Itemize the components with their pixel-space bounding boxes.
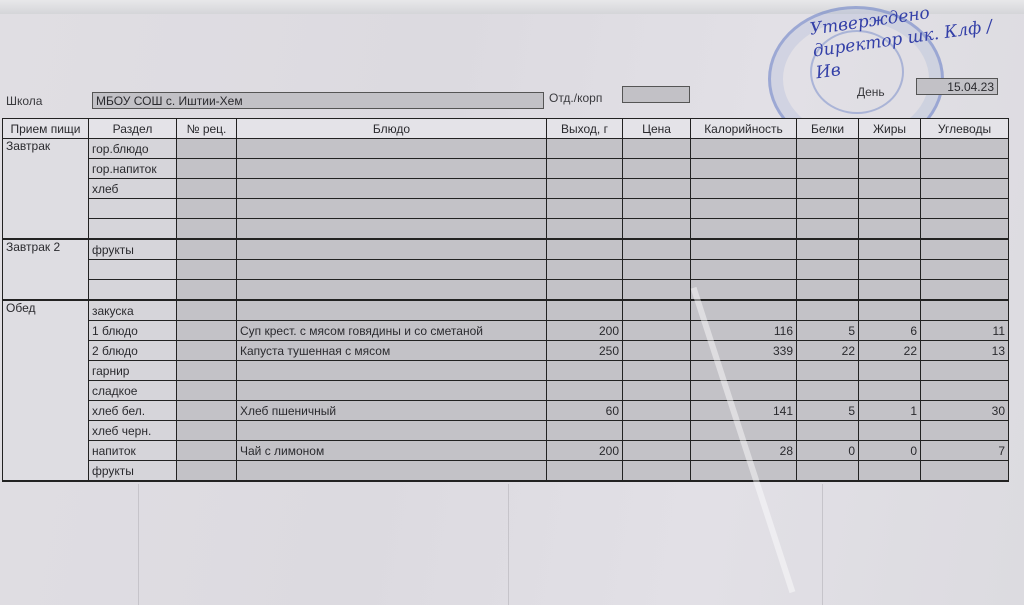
carbs-cell — [921, 260, 1009, 280]
section-cell: закуска — [89, 300, 177, 321]
carbs-cell — [921, 300, 1009, 321]
section-cell: гор.напиток — [89, 159, 177, 179]
fats-cell — [859, 461, 921, 482]
calories-cell: 339 — [691, 341, 797, 361]
dish-cell: Капуста тушенная с мясом — [237, 341, 547, 361]
table-row — [3, 280, 1009, 301]
section-cell: напиток — [89, 441, 177, 461]
price-cell — [623, 260, 691, 280]
table-row: сладкое — [3, 381, 1009, 401]
carbs-cell — [921, 421, 1009, 441]
carbs-cell — [921, 179, 1009, 199]
calories-cell — [691, 280, 797, 301]
output-cell — [547, 199, 623, 219]
table-row: 2 блюдоКапуста тушенная с мясом250339222… — [3, 341, 1009, 361]
dish-cell — [237, 461, 547, 482]
fats-cell — [859, 300, 921, 321]
calories-cell — [691, 239, 797, 260]
table-row: Обедзакуска — [3, 300, 1009, 321]
price-cell — [623, 401, 691, 421]
proteins-cell: 0 — [797, 441, 859, 461]
fats-cell: 1 — [859, 401, 921, 421]
price-cell — [623, 139, 691, 159]
carbs-cell: 11 — [921, 321, 1009, 341]
dish-cell — [237, 381, 547, 401]
school-field: МБОУ СОШ с. Иштии-Хем — [92, 92, 544, 109]
section-cell: 1 блюдо — [89, 321, 177, 341]
dish-cell: Суп крест. с мясом говядины и со сметано… — [237, 321, 547, 341]
proteins-cell — [797, 219, 859, 240]
school-label: Школа — [6, 94, 42, 108]
dish-cell: Хлеб пшеничный — [237, 401, 547, 421]
table-row: 1 блюдоСуп крест. с мясом говядины и со … — [3, 321, 1009, 341]
fats-cell — [859, 361, 921, 381]
proteins-cell: 22 — [797, 341, 859, 361]
proteins-cell — [797, 139, 859, 159]
output-cell — [547, 179, 623, 199]
dish-cell — [237, 199, 547, 219]
paper-fold-line — [138, 484, 139, 605]
proteins-cell — [797, 239, 859, 260]
output-cell — [547, 239, 623, 260]
output-cell — [547, 421, 623, 441]
calories-cell — [691, 179, 797, 199]
price-cell — [623, 219, 691, 240]
table-header-row: Прием пищиРаздел№ рец.БлюдоВыход, гЦенаК… — [3, 119, 1009, 139]
section-cell: хлеб — [89, 179, 177, 199]
fats-cell: 22 — [859, 341, 921, 361]
dish-cell — [237, 239, 547, 260]
price-cell — [623, 381, 691, 401]
fats-cell — [859, 421, 921, 441]
dish-cell — [237, 179, 547, 199]
output-cell — [547, 280, 623, 301]
output-cell: 200 — [547, 441, 623, 461]
carbs-cell: 7 — [921, 441, 1009, 461]
output-cell — [547, 381, 623, 401]
section-cell — [89, 199, 177, 219]
column-header: Цена — [623, 119, 691, 139]
table-row: Завтракгор.блюдо — [3, 139, 1009, 159]
recipe-cell — [177, 361, 237, 381]
proteins-cell — [797, 179, 859, 199]
dept-field — [622, 86, 690, 103]
table-row: фрукты — [3, 461, 1009, 482]
recipe-cell — [177, 421, 237, 441]
table-row: Завтрак 2фрукты — [3, 239, 1009, 260]
column-header: Раздел — [89, 119, 177, 139]
table-row: гарнир — [3, 361, 1009, 381]
fats-cell — [859, 239, 921, 260]
price-cell — [623, 300, 691, 321]
calories-cell — [691, 361, 797, 381]
section-cell: гор.блюдо — [89, 139, 177, 159]
section-cell — [89, 219, 177, 240]
section-cell: хлеб бел. — [89, 401, 177, 421]
output-cell — [547, 260, 623, 280]
output-cell — [547, 461, 623, 482]
proteins-cell: 5 — [797, 321, 859, 341]
proteins-cell — [797, 159, 859, 179]
table-row — [3, 260, 1009, 280]
recipe-cell — [177, 300, 237, 321]
recipe-cell — [177, 461, 237, 482]
table-row: гор.напиток — [3, 159, 1009, 179]
day-label: День — [857, 85, 885, 99]
meal-name-cell: Завтрак 2 — [3, 239, 89, 300]
proteins-cell — [797, 300, 859, 321]
recipe-cell — [177, 159, 237, 179]
dish-cell — [237, 260, 547, 280]
fats-cell — [859, 219, 921, 240]
table-row — [3, 199, 1009, 219]
calories-cell — [691, 139, 797, 159]
calories-cell — [691, 381, 797, 401]
proteins-cell — [797, 461, 859, 482]
proteins-cell — [797, 199, 859, 219]
meal-name-cell: Завтрак — [3, 139, 89, 240]
carbs-cell — [921, 280, 1009, 301]
price-cell — [623, 159, 691, 179]
calories-cell — [691, 219, 797, 240]
dish-cell — [237, 361, 547, 381]
output-cell — [547, 219, 623, 240]
carbs-cell — [921, 361, 1009, 381]
paper-fold-line — [822, 484, 823, 605]
menu-table-body: Завтракгор.блюдогор.напитокхлебЗавтрак 2… — [3, 139, 1009, 482]
price-cell — [623, 239, 691, 260]
fats-cell: 0 — [859, 441, 921, 461]
paper-fold-line — [508, 484, 509, 605]
day-field: 15.04.23 — [916, 78, 998, 95]
price-cell — [623, 321, 691, 341]
recipe-cell — [177, 139, 237, 159]
price-cell — [623, 341, 691, 361]
table-row: хлеб — [3, 179, 1009, 199]
recipe-cell — [177, 401, 237, 421]
carbs-cell — [921, 159, 1009, 179]
table-row: хлеб бел.Хлеб пшеничный601415130 — [3, 401, 1009, 421]
column-header: Прием пищи — [3, 119, 89, 139]
recipe-cell — [177, 199, 237, 219]
carbs-cell — [921, 239, 1009, 260]
menu-table: Прием пищиРаздел№ рец.БлюдоВыход, гЦенаК… — [2, 118, 1009, 482]
carbs-cell — [921, 199, 1009, 219]
recipe-cell — [177, 381, 237, 401]
fats-cell — [859, 199, 921, 219]
fats-cell: 6 — [859, 321, 921, 341]
column-header: Блюдо — [237, 119, 547, 139]
table-row — [3, 219, 1009, 240]
price-cell — [623, 441, 691, 461]
price-cell — [623, 421, 691, 441]
carbs-cell: 30 — [921, 401, 1009, 421]
fats-cell — [859, 260, 921, 280]
fats-cell — [859, 381, 921, 401]
recipe-cell — [177, 260, 237, 280]
output-cell — [547, 300, 623, 321]
price-cell — [623, 461, 691, 482]
column-header: № рец. — [177, 119, 237, 139]
output-cell — [547, 361, 623, 381]
fats-cell — [859, 139, 921, 159]
fats-cell — [859, 179, 921, 199]
section-cell: 2 блюдо — [89, 341, 177, 361]
column-header: Калорийность — [691, 119, 797, 139]
section-cell — [89, 260, 177, 280]
recipe-cell — [177, 239, 237, 260]
output-cell: 250 — [547, 341, 623, 361]
section-cell: сладкое — [89, 381, 177, 401]
dish-cell: Чай с лимоном — [237, 441, 547, 461]
output-cell — [547, 139, 623, 159]
carbs-cell — [921, 139, 1009, 159]
carbs-cell: 13 — [921, 341, 1009, 361]
recipe-cell — [177, 179, 237, 199]
dept-label: Отд./корп — [549, 91, 602, 105]
recipe-cell — [177, 219, 237, 240]
fats-cell — [859, 159, 921, 179]
dish-cell — [237, 159, 547, 179]
calories-cell — [691, 260, 797, 280]
output-cell: 200 — [547, 321, 623, 341]
output-cell: 60 — [547, 401, 623, 421]
price-cell — [623, 361, 691, 381]
carbs-cell — [921, 461, 1009, 482]
section-cell — [89, 280, 177, 301]
meal-name-cell: Обед — [3, 300, 89, 481]
recipe-cell — [177, 341, 237, 361]
calories-cell — [691, 461, 797, 482]
price-cell — [623, 199, 691, 219]
recipe-cell — [177, 441, 237, 461]
proteins-cell — [797, 361, 859, 381]
section-cell: фрукты — [89, 461, 177, 482]
carbs-cell — [921, 219, 1009, 240]
dish-cell — [237, 280, 547, 301]
table-row: напитокЧай с лимоном20028007 — [3, 441, 1009, 461]
fats-cell — [859, 280, 921, 301]
proteins-cell — [797, 280, 859, 301]
dish-cell — [237, 421, 547, 441]
dish-cell — [237, 300, 547, 321]
calories-cell — [691, 199, 797, 219]
calories-cell — [691, 159, 797, 179]
proteins-cell — [797, 421, 859, 441]
carbs-cell — [921, 381, 1009, 401]
column-header: Выход, г — [547, 119, 623, 139]
column-header: Углеводы — [921, 119, 1009, 139]
table-row: хлеб черн. — [3, 421, 1009, 441]
price-cell — [623, 280, 691, 301]
proteins-cell — [797, 260, 859, 280]
price-cell — [623, 179, 691, 199]
recipe-cell — [177, 321, 237, 341]
proteins-cell: 5 — [797, 401, 859, 421]
section-cell: хлеб черн. — [89, 421, 177, 441]
recipe-cell — [177, 280, 237, 301]
dish-cell — [237, 139, 547, 159]
dish-cell — [237, 219, 547, 240]
output-cell — [547, 159, 623, 179]
column-header: Жиры — [859, 119, 921, 139]
section-cell: фрукты — [89, 239, 177, 260]
section-cell: гарнир — [89, 361, 177, 381]
calories-cell: 141 — [691, 401, 797, 421]
column-header: Белки — [797, 119, 859, 139]
proteins-cell — [797, 381, 859, 401]
